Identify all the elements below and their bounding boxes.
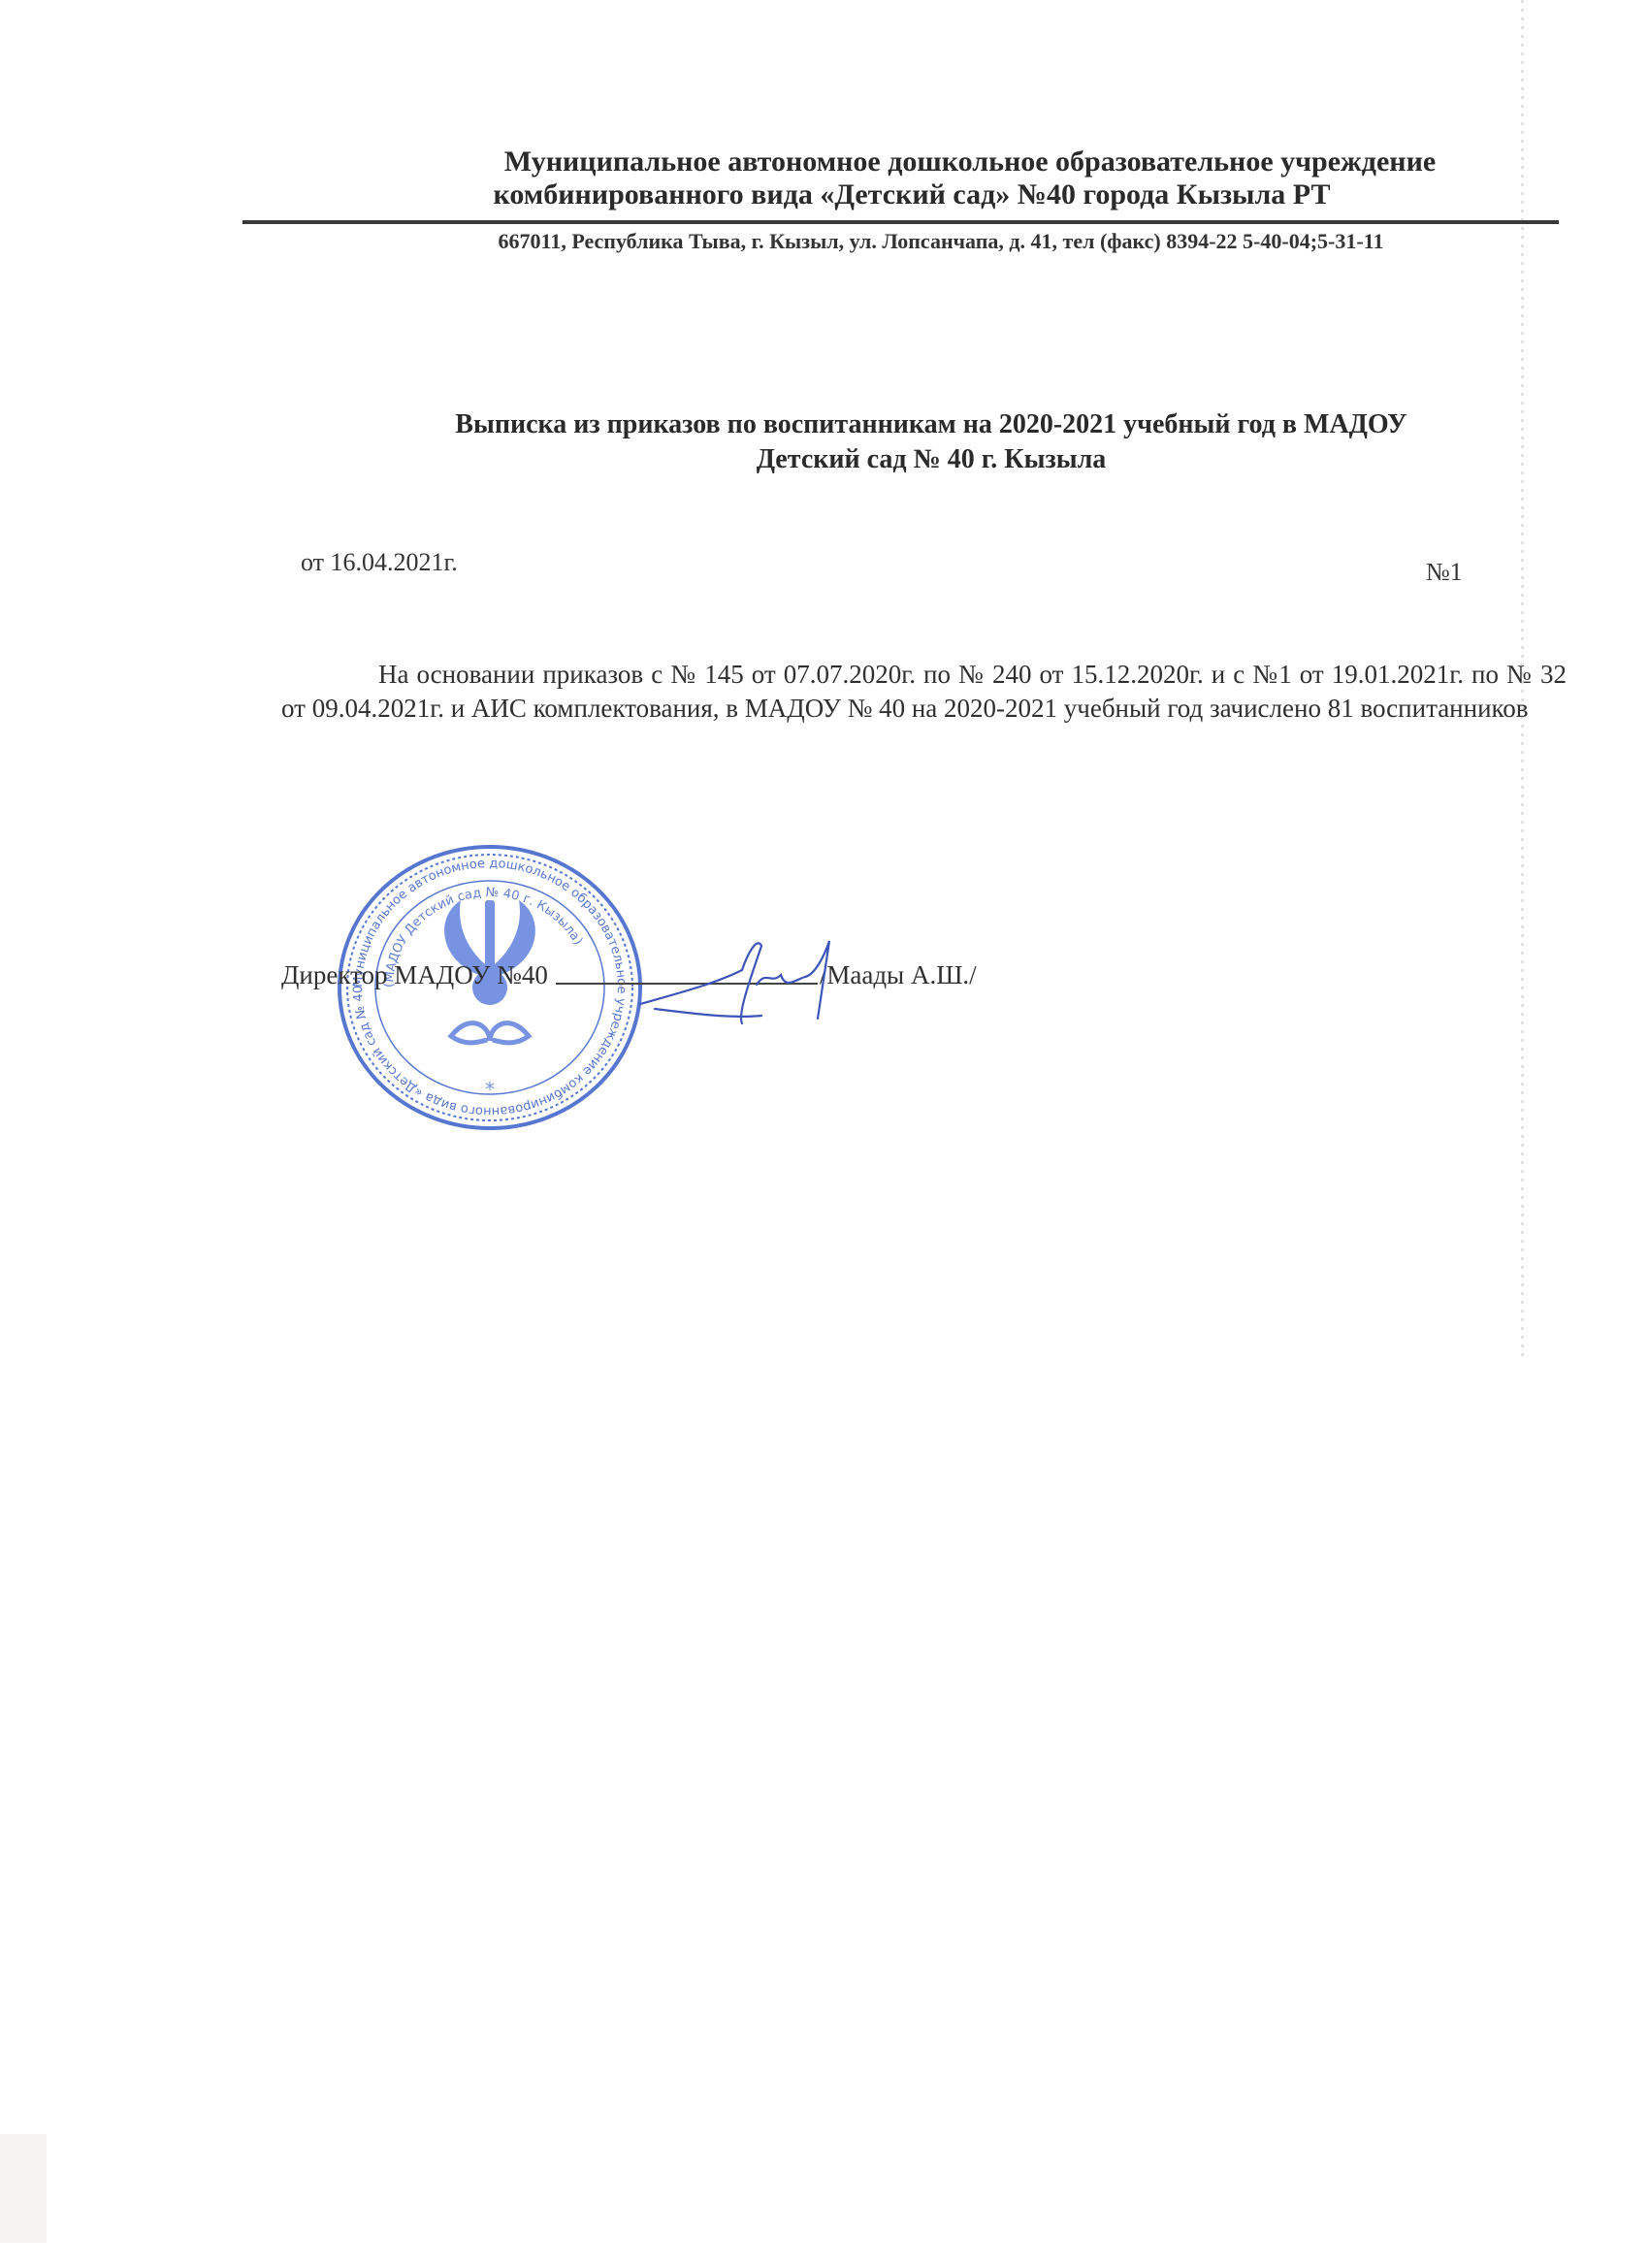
document-body: На основании приказов с № 145 от 07.07.2… [281, 658, 1567, 726]
document-date: от 16.04.2021г. [301, 548, 458, 577]
scan-page-edge [0, 2134, 47, 2243]
organization-name: Муниципальное автономное дошкольное обра… [369, 146, 1571, 211]
document-number: №1 [1426, 558, 1463, 587]
stamp-emblem-icon: * [444, 900, 535, 1101]
header-divider [242, 220, 1559, 224]
document-title: Выписка из приказов по воспитанникам на … [330, 407, 1533, 477]
svg-text:*: * [485, 1078, 495, 1101]
handwritten-signature [635, 926, 888, 1033]
document-title-line1: Выписка из приказов по воспитанникам на … [455, 409, 1406, 439]
organization-name-line2: комбинированного вида «Детский сад» №40 … [369, 178, 1571, 211]
document-body-text: На основании приказов с № 145 от 07.07.2… [281, 660, 1567, 723]
signatory-position: Директор МАДОУ №40 [281, 960, 548, 990]
organization-address: 667011, Республика Тыва, г. Кызыл, ул. Л… [320, 229, 1562, 254]
organization-name-line1: Муниципальное автономное дошкольное обра… [504, 146, 1436, 178]
document-title-line2: Детский сад № 40 г. Кызыла [757, 444, 1107, 474]
